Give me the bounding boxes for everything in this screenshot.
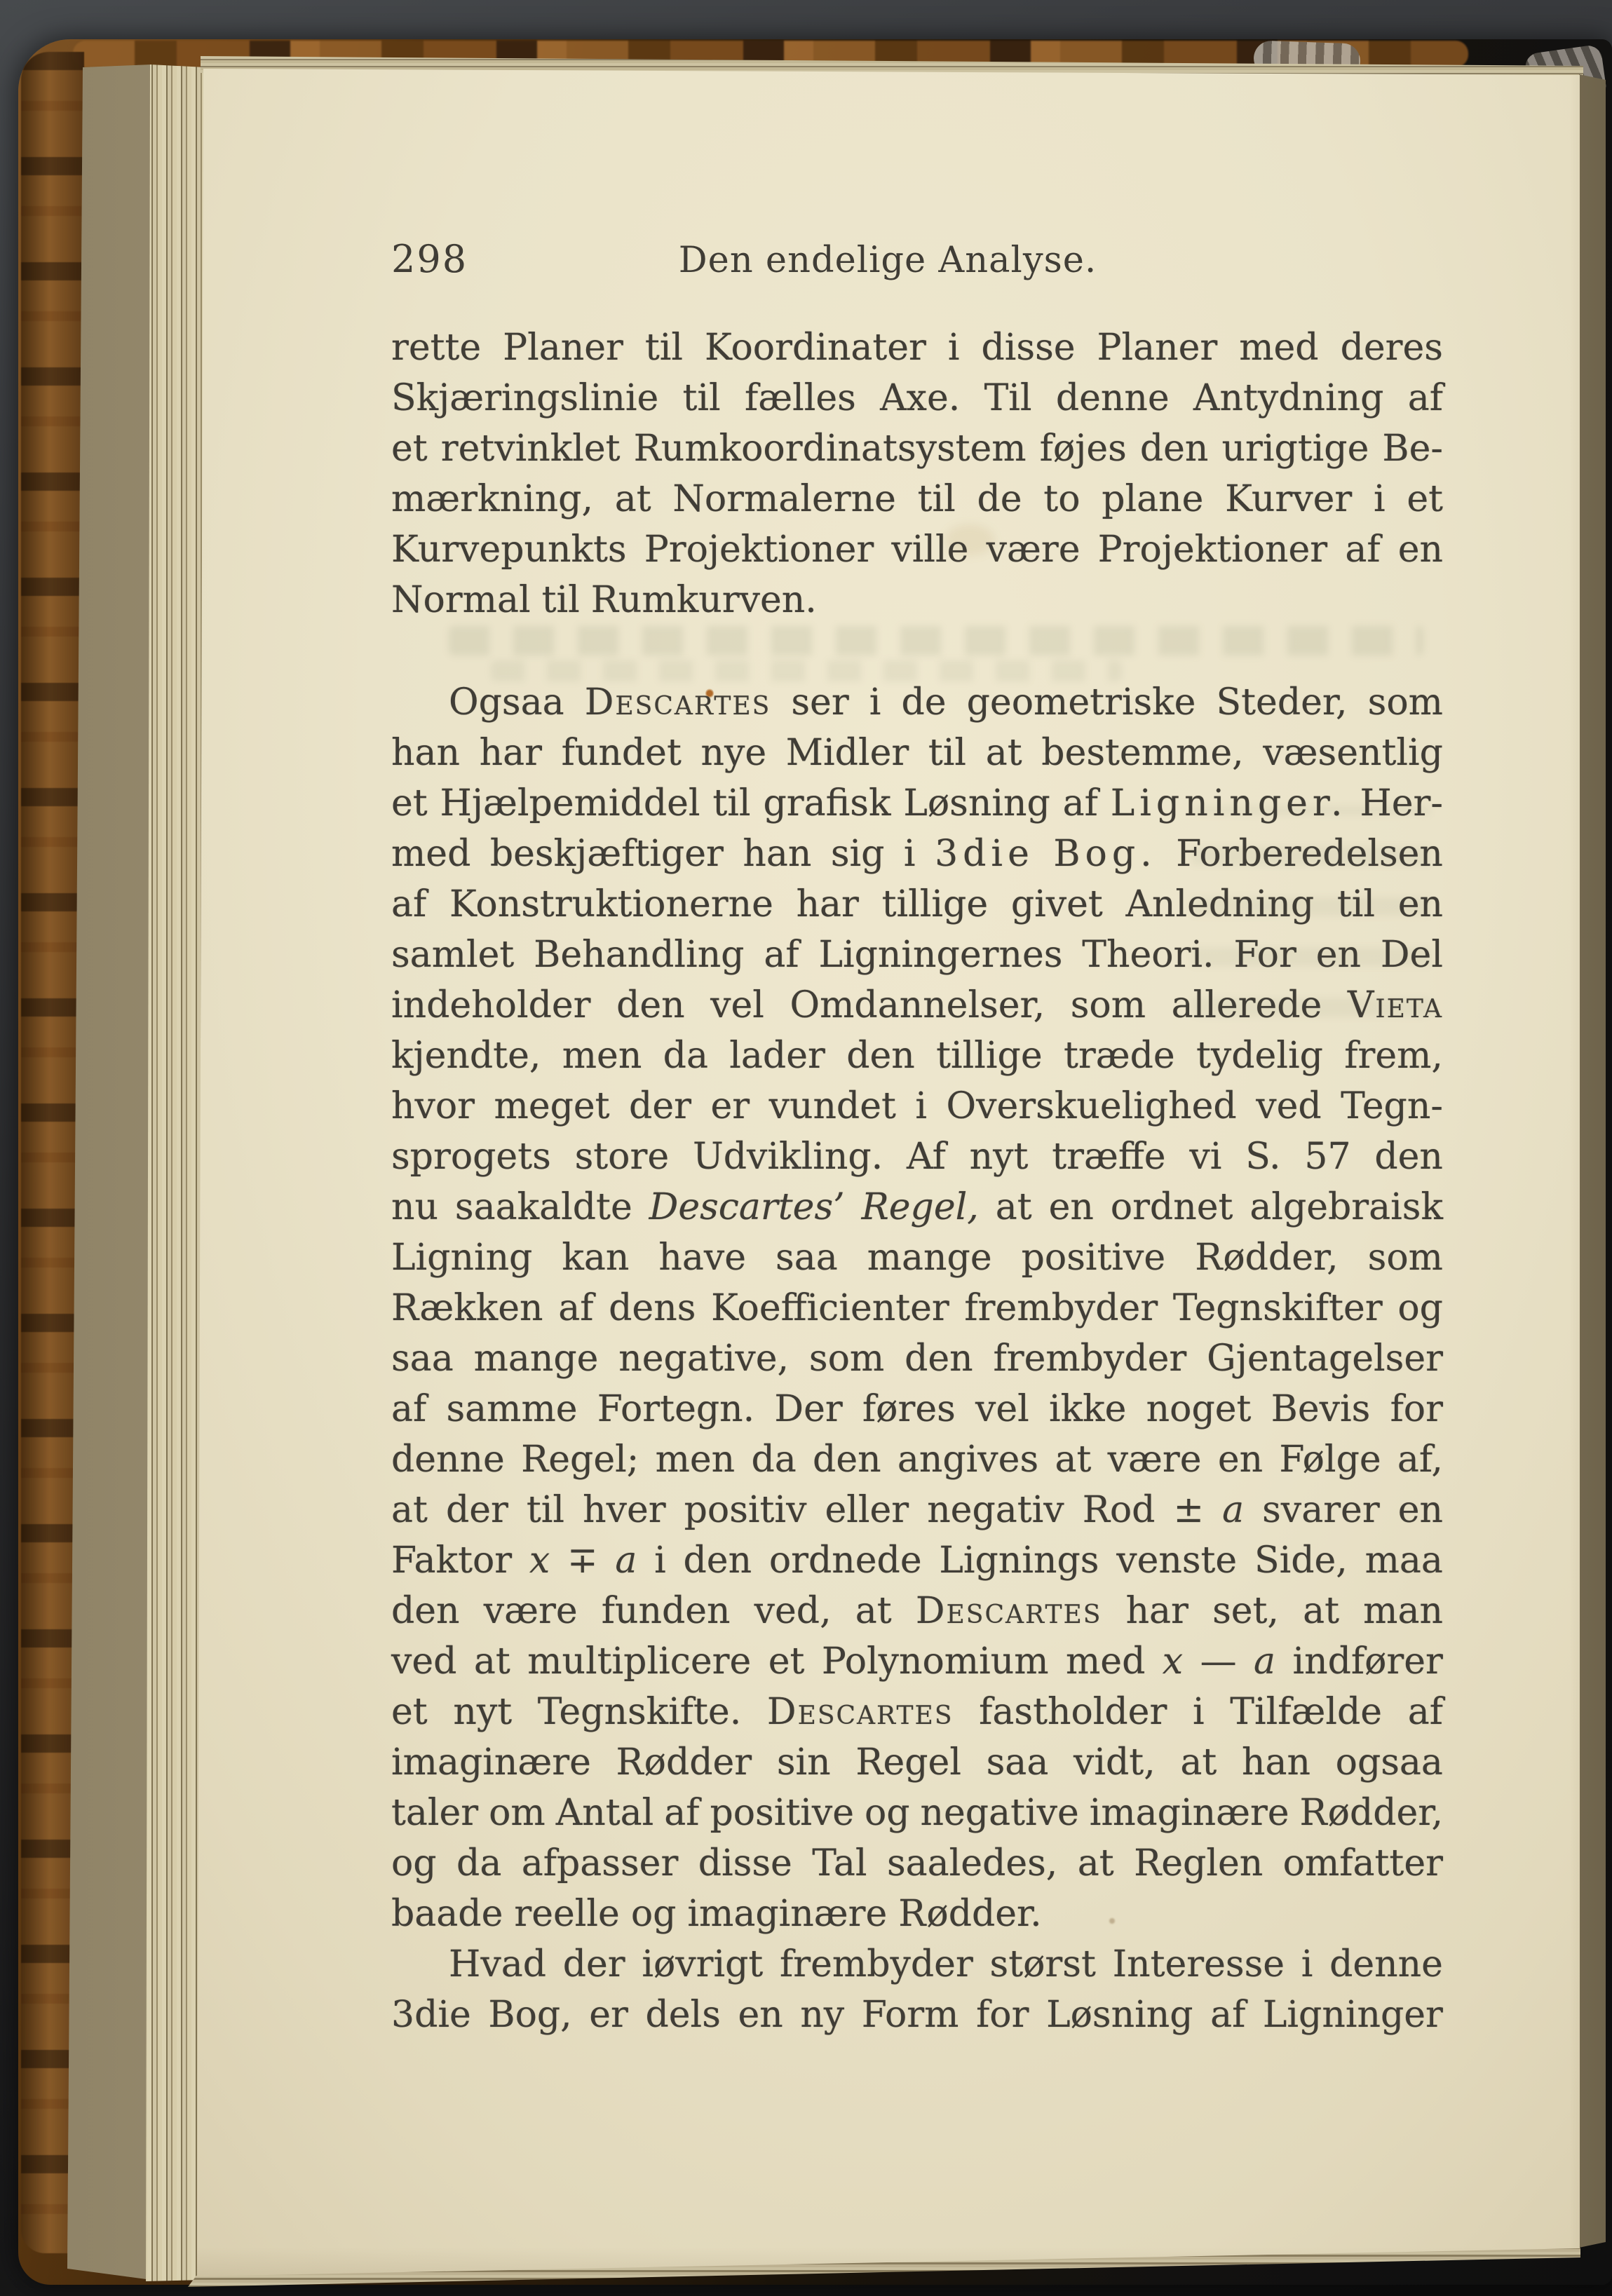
word: til xyxy=(928,728,966,778)
word: der xyxy=(563,1939,625,1990)
word: reelle xyxy=(514,1889,619,1939)
word: Normalerne xyxy=(672,474,896,524)
word: geometriske xyxy=(967,677,1196,728)
word: Regel, xyxy=(862,1182,979,1232)
word: fastholder xyxy=(979,1687,1167,1737)
text-line: LigningkanhavesaamangepositiveRødder,som xyxy=(391,1232,1443,1283)
word: Descartes xyxy=(767,1687,954,1737)
text-line: mærkning,atNormalernetildetoplaneKurveri… xyxy=(391,474,1443,524)
word: vundet xyxy=(769,1081,896,1132)
word: til xyxy=(542,575,580,625)
word: denne xyxy=(1329,1939,1443,1990)
word: Interesse xyxy=(1113,1939,1285,1990)
text-line: ogdaafpasserdisseTalsaaledes,atReglenomf… xyxy=(391,1838,1443,1889)
word: Rødder, xyxy=(1300,1788,1443,1838)
word: baade xyxy=(391,1889,503,1939)
word: saakaldte xyxy=(455,1182,632,1232)
word: Descartes’ xyxy=(649,1182,845,1232)
word: Rødder xyxy=(616,1737,752,1788)
word: ved xyxy=(1256,1081,1321,1132)
word: Anledning xyxy=(1125,879,1314,930)
word: af xyxy=(391,1384,426,1434)
word: Omdannelser, xyxy=(790,980,1045,1031)
word: positive xyxy=(1022,1232,1166,1283)
word: Overskuelighed xyxy=(947,1081,1237,1132)
word: urigtige xyxy=(1222,423,1369,474)
word: have xyxy=(658,1232,746,1283)
word: Reglen xyxy=(1134,1838,1263,1889)
word: der xyxy=(629,1081,691,1132)
word: med xyxy=(1239,322,1318,373)
word: føjes xyxy=(1040,423,1127,474)
text-line: atdertilhverpositivellernegativRod±asvar… xyxy=(391,1485,1443,1535)
word: Side, xyxy=(1254,1535,1348,1586)
word: iøvrigt xyxy=(642,1939,763,1990)
word: i xyxy=(1374,474,1386,524)
word: Tegn- xyxy=(1341,1081,1443,1132)
word: kan xyxy=(562,1232,629,1283)
word: Regel xyxy=(855,1737,961,1788)
word: taler xyxy=(391,1788,478,1838)
word: x xyxy=(529,1535,550,1586)
text-line: nusaakaldteDescartes’Regel,atenordnetalg… xyxy=(391,1182,1443,1232)
word: fælles xyxy=(745,373,856,423)
word: afpasser xyxy=(522,1838,679,1889)
word: Løsning xyxy=(903,778,1050,829)
word: at xyxy=(474,1636,510,1687)
word: Projektioner xyxy=(644,524,874,575)
word: frem, xyxy=(1344,1031,1443,1081)
word: være xyxy=(987,524,1081,575)
word: af xyxy=(1408,373,1443,423)
word: af xyxy=(1408,1687,1443,1737)
word: positiv xyxy=(684,1485,807,1535)
word: han xyxy=(1242,1737,1310,1788)
word: være xyxy=(1108,1434,1202,1485)
word: disse xyxy=(698,1838,792,1889)
word: til xyxy=(683,373,721,423)
word: af xyxy=(558,1283,593,1333)
word: Midler xyxy=(786,728,909,778)
word: frembyder xyxy=(780,1939,973,1990)
text-line: samletBehandlingafLigningernesTheori.For… xyxy=(391,930,1443,980)
word: Af xyxy=(907,1132,946,1182)
word: a xyxy=(1254,1636,1275,1687)
word: Følge xyxy=(1279,1434,1381,1485)
word: Ogsaa xyxy=(449,677,564,728)
word: Der xyxy=(774,1384,842,1434)
text-line: kjendte,mendaladerdentilligetrædetydelig… xyxy=(391,1031,1443,1081)
word: saaledes, xyxy=(887,1838,1057,1889)
word: Koordinater xyxy=(705,322,926,373)
body-text: rettePlanertilKoordinateridissePlanermed… xyxy=(391,322,1443,2040)
word: Planer xyxy=(1097,322,1218,373)
word: være xyxy=(484,1586,578,1636)
text-line: hanharfundetnyeMidlertilatbestemme,væsen… xyxy=(391,728,1443,778)
word: en xyxy=(1049,1182,1094,1232)
word: der xyxy=(446,1485,508,1535)
word: Be- xyxy=(1382,423,1443,474)
word: Fortegn. xyxy=(597,1384,754,1434)
word: ogsaa xyxy=(1336,1737,1443,1788)
word: dels xyxy=(646,1990,721,2040)
word: en xyxy=(738,1990,783,2040)
word: funden xyxy=(602,1586,731,1636)
word: er xyxy=(710,1081,750,1132)
word: Rødder, xyxy=(1195,1232,1338,1283)
word: en xyxy=(1398,524,1443,575)
word: Skjæringslinie xyxy=(391,373,658,423)
word: Steder, xyxy=(1217,677,1348,728)
text-line: baadereelleogimaginæreRødder. xyxy=(391,1889,1443,1939)
word: denne xyxy=(1056,373,1170,423)
word: sin xyxy=(777,1737,831,1788)
word: store xyxy=(575,1132,670,1182)
word: lader xyxy=(729,1031,825,1081)
word: Rumkurven. xyxy=(591,575,817,625)
word: set, xyxy=(1212,1586,1279,1636)
word: omfatter xyxy=(1283,1838,1443,1889)
word: Ligninger. xyxy=(1111,778,1348,829)
word: i xyxy=(869,677,881,728)
text-line: rettePlanertilKoordinateridissePlanermed… xyxy=(391,322,1443,373)
word: saa xyxy=(987,1737,1049,1788)
word: vel xyxy=(710,980,764,1031)
word: et xyxy=(1407,474,1443,524)
word: som xyxy=(1368,677,1443,728)
word: Koefficienter xyxy=(711,1283,949,1333)
word: venste xyxy=(1116,1535,1237,1586)
word: bestemme, xyxy=(1041,728,1243,778)
word: de xyxy=(977,474,1022,524)
word: for xyxy=(976,1990,1029,2040)
text-line: vedatmultiplicereetPolynomiummedx—aindfø… xyxy=(391,1636,1443,1687)
word: en xyxy=(1218,1434,1263,1485)
word: et xyxy=(768,1636,805,1687)
word: Forberedelsen xyxy=(1176,829,1443,879)
word: af, xyxy=(1397,1434,1443,1485)
word: Løsning xyxy=(1046,1990,1193,2040)
word: nyt xyxy=(970,1132,1029,1182)
word: ny xyxy=(800,1990,844,2040)
word: men xyxy=(656,1434,736,1485)
word: som xyxy=(1071,980,1146,1031)
word: ville xyxy=(891,524,968,575)
word: ved, xyxy=(754,1586,832,1636)
word: vidt, xyxy=(1073,1737,1156,1788)
paragraph: HvadderiøvrigtfrembyderstørstInteresseid… xyxy=(391,1939,1443,2040)
word: rette xyxy=(391,322,481,373)
word: ± xyxy=(1173,1485,1204,1535)
word: frembyder xyxy=(994,1333,1187,1384)
word: af xyxy=(1063,778,1098,829)
word: et xyxy=(391,1687,428,1737)
word: Rødder. xyxy=(898,1889,1041,1939)
text-block: 298 Den endelige Analyse. rettePlanertil… xyxy=(391,0,1443,2296)
word: de xyxy=(902,677,947,728)
text-line: indeholderdenvelOmdannelser,somalleredeV… xyxy=(391,980,1443,1031)
word: nyt xyxy=(453,1687,512,1737)
word: træde xyxy=(1064,1031,1175,1081)
word: sig xyxy=(831,829,885,879)
word: Ligninger xyxy=(1263,1990,1443,2040)
word: at xyxy=(986,728,1022,778)
word: meget xyxy=(494,1081,610,1132)
word: til xyxy=(527,1485,564,1535)
word: Projektioner xyxy=(1098,524,1328,575)
word: i xyxy=(948,322,960,373)
text-line: afsammeFortegn.DerføresvelikkenogetBevis… xyxy=(391,1384,1443,1434)
word: angives xyxy=(898,1434,1038,1485)
word: med xyxy=(1066,1636,1145,1687)
word: saa xyxy=(391,1333,454,1384)
word: noget xyxy=(1146,1384,1252,1434)
word: mange xyxy=(474,1333,599,1384)
word: a xyxy=(615,1535,637,1586)
word: algebraisk xyxy=(1249,1182,1443,1232)
word: — xyxy=(1200,1636,1237,1687)
word: to xyxy=(1043,474,1080,524)
word: at xyxy=(1078,1838,1114,1889)
word: tillige xyxy=(882,879,988,930)
word: da xyxy=(751,1434,796,1485)
word: af xyxy=(664,1788,699,1838)
word: Gjentagelser xyxy=(1207,1333,1443,1384)
word: Descartes xyxy=(916,1586,1102,1636)
word: sprogets xyxy=(391,1132,551,1182)
word: samme xyxy=(446,1384,577,1434)
word: Konstruktionerne xyxy=(449,879,773,930)
text-line: saamangenegative,somdenfrembyderGjentage… xyxy=(391,1333,1443,1384)
word: imaginære xyxy=(1090,1788,1289,1838)
word: til xyxy=(645,322,683,373)
word: Del xyxy=(1381,930,1443,980)
text-line: sprogetsstoreUdvikling.AfnyttræffeviS.57… xyxy=(391,1132,1443,1182)
word: af xyxy=(1345,524,1380,575)
word: i xyxy=(654,1535,666,1586)
word: Axe. xyxy=(880,373,960,423)
word: Hvad xyxy=(449,1939,546,1990)
text-line: denneRegel;mendadenangivesatværeenFølgea… xyxy=(391,1434,1443,1485)
word: i xyxy=(904,829,916,879)
word: og xyxy=(631,1889,677,1939)
word: da xyxy=(456,1838,501,1889)
word: og xyxy=(391,1838,437,1889)
word: svarer xyxy=(1262,1485,1380,1535)
word: Descartes xyxy=(585,677,771,728)
word: Rækken xyxy=(391,1283,543,1333)
word: retvinklet xyxy=(441,423,621,474)
word: den xyxy=(813,1434,881,1485)
text-line: hvormegetderervundetiOverskuelighedvedTe… xyxy=(391,1081,1443,1132)
word: den xyxy=(846,1031,915,1081)
word: et xyxy=(391,778,428,829)
word: i xyxy=(1193,1687,1205,1737)
text-line: etHjælpemiddeltilgrafiskLøsningafLigning… xyxy=(391,778,1443,829)
text-line: etretvinkletRumkoordinatsystemføjesdenur… xyxy=(391,423,1443,474)
word: Udvikling. xyxy=(693,1132,883,1182)
word: har xyxy=(480,728,542,778)
word: Bog. xyxy=(1053,829,1156,879)
word: en xyxy=(1316,930,1361,980)
word: x xyxy=(1163,1636,1183,1687)
word: imaginære xyxy=(391,1737,591,1788)
word: en xyxy=(1398,879,1443,930)
text-line: afKonstruktionernehartilligegivetAnledni… xyxy=(391,879,1443,930)
word: at xyxy=(1180,1737,1217,1788)
word: af xyxy=(391,879,426,930)
word: at xyxy=(615,474,651,524)
word: at xyxy=(1303,1586,1339,1636)
text-line: SkjæringslinietilfællesAxe.TildenneAntyd… xyxy=(391,373,1443,423)
text-line: OgsaaDescartesseridegeometriskeSteder,so… xyxy=(391,677,1443,728)
word: Ligning xyxy=(391,1232,532,1283)
word: Theori. xyxy=(1082,930,1214,980)
word: dens xyxy=(609,1283,696,1333)
page-header: 298 Den endelige Analyse. xyxy=(391,237,1443,282)
word: Form xyxy=(862,1990,959,2040)
word: mærkning, xyxy=(391,474,593,524)
word: den xyxy=(391,1586,460,1636)
word: den xyxy=(905,1333,973,1384)
word: indfører xyxy=(1292,1636,1442,1687)
word: Faktor xyxy=(391,1535,512,1586)
word: men xyxy=(562,1031,642,1081)
word: ikke xyxy=(1049,1384,1126,1434)
word: eller xyxy=(825,1485,909,1535)
word: af xyxy=(764,930,799,980)
word: disse xyxy=(981,322,1075,373)
word: til xyxy=(712,778,750,829)
word: vi xyxy=(1189,1132,1221,1182)
word: Polynomium xyxy=(822,1636,1049,1687)
word: Hjælpemiddel xyxy=(440,778,700,829)
word: hver xyxy=(583,1485,666,1535)
text-line: KurvepunktsProjektionervilleværeProjekti… xyxy=(391,524,1443,575)
word: Til xyxy=(984,373,1032,423)
text-line: denværefundenved,atDescartesharset,atman xyxy=(391,1586,1443,1636)
text-line: imaginæreRøddersinRegelsaavidt,athanogsa… xyxy=(391,1737,1443,1788)
word: den xyxy=(616,980,685,1031)
word: at xyxy=(1055,1434,1091,1485)
word: nye xyxy=(701,728,767,778)
word: ordnet xyxy=(1111,1182,1233,1232)
word: denne xyxy=(391,1434,505,1485)
word: ved xyxy=(391,1636,456,1687)
word: grafisk xyxy=(763,778,890,829)
word: træffe xyxy=(1052,1132,1165,1182)
word: i xyxy=(915,1081,927,1132)
word: allerede xyxy=(1172,980,1322,1031)
word: ser xyxy=(791,677,848,728)
word: føres xyxy=(862,1384,956,1434)
paragraph: rettePlanertilKoordinateridissePlanermed… xyxy=(391,322,1443,625)
word: deres xyxy=(1341,322,1443,373)
word: Behandling xyxy=(534,930,744,980)
running-title: Den endelige Analyse. xyxy=(362,238,1414,283)
word: Lignings xyxy=(939,1535,1099,1586)
word: at xyxy=(391,1485,428,1535)
word: for xyxy=(1390,1384,1443,1434)
word: hvor xyxy=(391,1081,475,1132)
word: da xyxy=(663,1031,708,1081)
text-line: medbeskjæftigerhansigi3dieBog.Forberedel… xyxy=(391,829,1443,879)
word: Tal xyxy=(812,1838,867,1889)
word: nu xyxy=(391,1182,438,1232)
word: man xyxy=(1363,1586,1443,1636)
word: beskjæftiger xyxy=(490,829,724,879)
word: Antal xyxy=(556,1788,654,1838)
word: Planer xyxy=(503,322,623,373)
word: tillige xyxy=(936,1031,1042,1081)
word: til xyxy=(918,474,956,524)
word: Bog, xyxy=(488,1990,571,2040)
word: Regel; xyxy=(521,1434,639,1485)
text-line: RækkenafdensKoefficienterfrembyderTegnsk… xyxy=(391,1283,1443,1333)
word: er xyxy=(589,1990,628,2040)
word: imaginære xyxy=(687,1889,887,1939)
word: Tegnskifte. xyxy=(538,1687,741,1737)
word: plane xyxy=(1102,474,1203,524)
word: saa xyxy=(775,1232,838,1283)
word: kjendte, xyxy=(391,1031,541,1081)
word: S. xyxy=(1245,1132,1280,1182)
word: Her- xyxy=(1360,778,1443,829)
word: 3die xyxy=(391,1990,471,2040)
word: frembyder xyxy=(964,1283,1158,1333)
word: i xyxy=(1301,1939,1313,1990)
word: Kurvepunkts xyxy=(391,524,627,575)
word: til xyxy=(1337,879,1375,930)
word: at xyxy=(996,1182,1032,1232)
word: ∓ xyxy=(567,1535,598,1586)
word: For xyxy=(1233,930,1296,980)
word: ordnede xyxy=(769,1535,922,1586)
text-line: etnytTegnskifte.DescartesfastholderiTilf… xyxy=(391,1687,1443,1737)
word: har xyxy=(1126,1586,1188,1636)
word: en xyxy=(1398,1485,1443,1535)
word: negative xyxy=(921,1788,1079,1838)
word: Normal xyxy=(391,575,531,625)
text-line: HvadderiøvrigtfrembyderstørstInteresseid… xyxy=(391,1939,1443,1990)
word: vel xyxy=(975,1384,1029,1434)
text-line: Faktorx∓aidenordnedeLigningsvensteSide,m… xyxy=(391,1535,1443,1586)
word: fundet xyxy=(562,728,682,778)
word: samlet xyxy=(391,930,514,980)
word: Antydning xyxy=(1193,373,1384,423)
word: den xyxy=(684,1535,752,1586)
word: et xyxy=(391,423,428,474)
word: maa xyxy=(1365,1535,1443,1586)
word: tydelig xyxy=(1196,1031,1323,1081)
text-line: 3dieBog,erdelsennyFormforLøsningafLignin… xyxy=(391,1990,1443,2040)
word: Rod xyxy=(1083,1485,1156,1535)
word: om xyxy=(489,1788,546,1838)
word: indeholder xyxy=(391,980,591,1031)
word: multiplicere xyxy=(527,1636,751,1687)
photo-background: 298 Den endelige Analyse. rettePlanertil… xyxy=(0,0,1612,2296)
word: Vieta xyxy=(1348,980,1443,1031)
word: han xyxy=(743,829,811,879)
word: den xyxy=(1140,423,1209,474)
word: Ligningernes xyxy=(818,930,1062,980)
word: størst xyxy=(990,1939,1096,1990)
word: givet xyxy=(1011,879,1103,930)
word: negative, xyxy=(618,1333,789,1384)
word: har xyxy=(797,879,859,930)
word: og xyxy=(865,1788,910,1838)
word: negativ xyxy=(927,1485,1064,1535)
